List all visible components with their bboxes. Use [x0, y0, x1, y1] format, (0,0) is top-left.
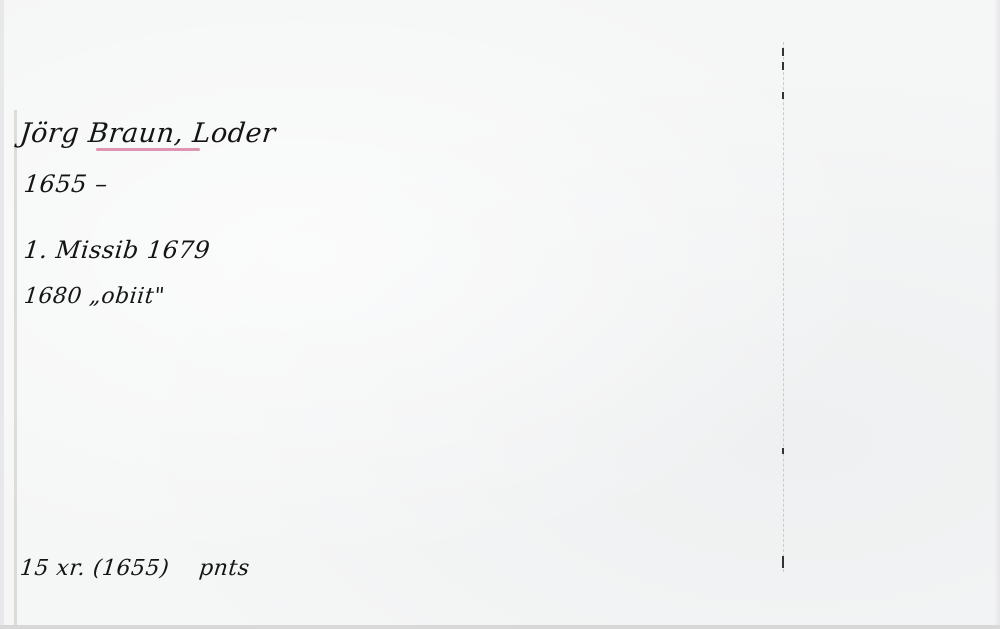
card-right-edge — [994, 0, 1000, 629]
footer-note: pnts — [198, 556, 251, 581]
surname-underline — [96, 148, 200, 151]
card-left-edge — [0, 0, 4, 629]
perforation-mark — [782, 92, 784, 99]
card-margin-strip — [14, 110, 17, 629]
perforation-line — [783, 42, 784, 572]
perforation-mark — [782, 62, 784, 70]
fee-amount: 15 xr. — [19, 556, 87, 581]
footer-line: 15 xr. (1655) pnts — [19, 556, 251, 581]
fee-year: (1655) — [92, 556, 171, 581]
index-card: Jörg Braun, Loder 1655 – 1. Missib 1679 … — [0, 0, 1000, 629]
surname: Braun — [87, 118, 176, 149]
birth-year-line: 1655 – — [23, 170, 110, 198]
death-line: 1680 „obiit" — [23, 284, 166, 309]
card-bottom-edge — [0, 625, 1000, 629]
name-line: Jörg Braun, Loder — [18, 118, 277, 149]
event-line: 1. Missib 1679 — [23, 236, 212, 264]
given-name: Jörg — [18, 118, 81, 149]
occupation: Loder — [191, 118, 277, 149]
perforation-mark — [782, 48, 784, 56]
perforation-mark — [782, 556, 784, 568]
perforation-mark — [782, 448, 784, 454]
